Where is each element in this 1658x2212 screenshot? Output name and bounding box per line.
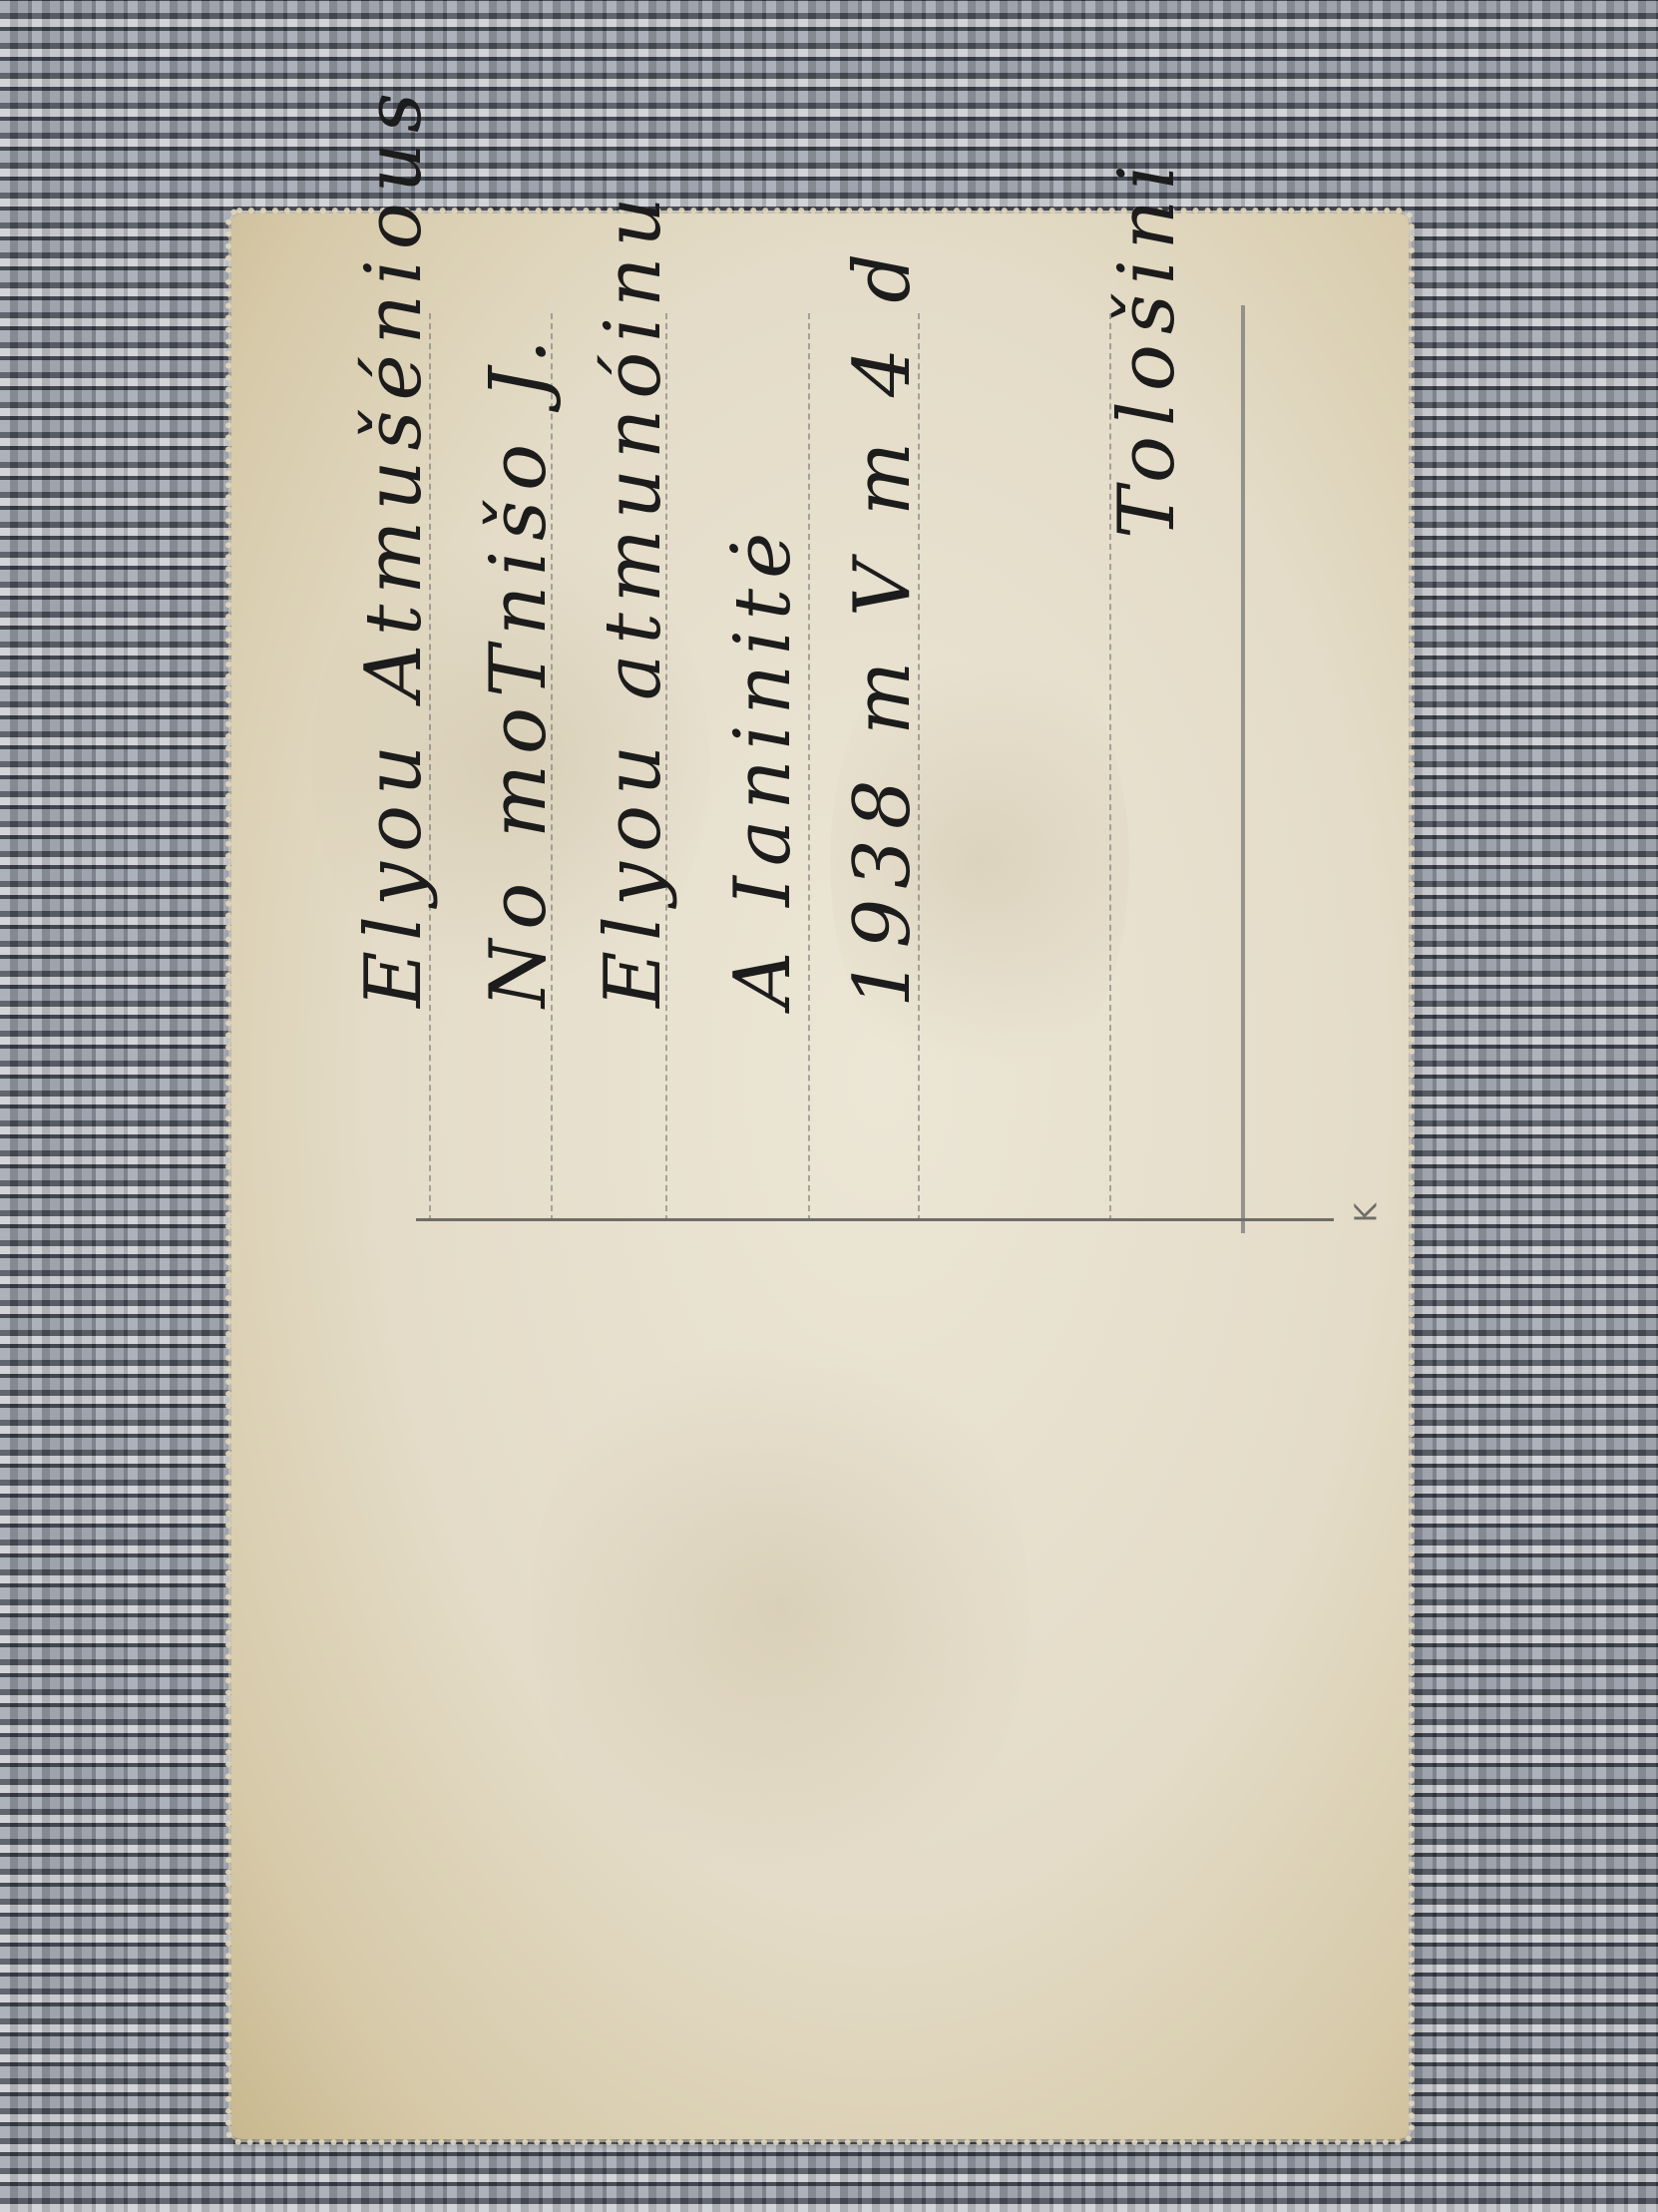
printed-k-mark: K [1349, 1203, 1384, 1223]
stain [531, 1311, 1030, 1910]
handwritten-signature: Tološini [1102, 155, 1192, 539]
handwritten-line-3: Elyou atmunóinu [589, 187, 678, 1008]
handwritten-line-2: No moTnišo J. [474, 329, 564, 1008]
handwritten-line-1: Elyou Atmušénious [349, 83, 439, 1008]
handwritten-date: 1938 m V m 4 d [838, 243, 928, 1008]
underline-stroke [1241, 305, 1245, 1233]
guide-line [808, 313, 810, 1221]
handwritten-line-4: A Ianinitė [718, 523, 808, 1008]
address-divider-line [416, 1218, 1334, 1221]
